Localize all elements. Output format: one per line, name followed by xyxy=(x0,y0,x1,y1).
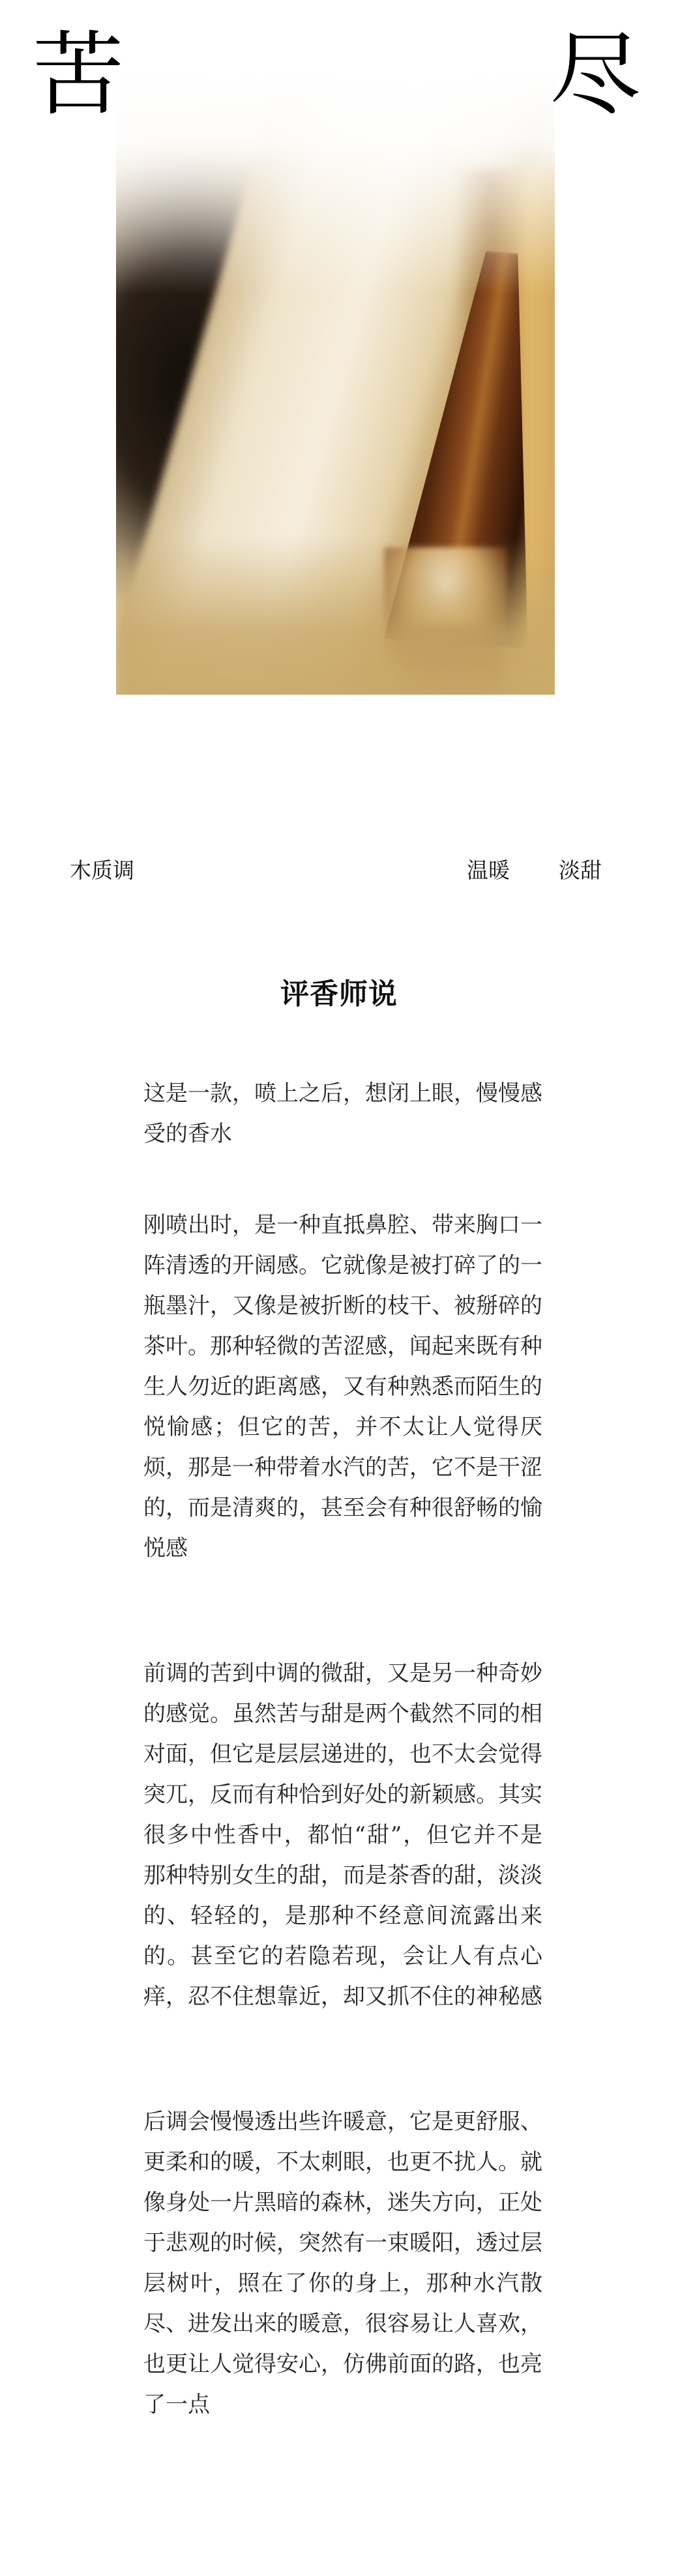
review-body: 这是一款，喷上之后，想闭上眼，慢慢感受的香水 刚喷出时，是一种直抵鼻腔、带来胸口… xyxy=(143,1073,542,2425)
review-paragraph-2: 刚喷出时，是一种直抵鼻腔、带来胸口一阵清透的开阔感。它就像是被打碎了的一瓶墨汁，… xyxy=(143,1205,542,1569)
photo-top-white-fade xyxy=(116,68,555,294)
scent-family-label: 木质调 xyxy=(70,855,134,886)
scent-attributes-row: 木质调 温暖 淡甜 xyxy=(70,855,602,886)
scent-tag-light-sweet: 淡甜 xyxy=(559,855,602,886)
review-paragraph-3: 前调的苦到中调的微甜，又是另一种奇妙的感觉。虽然苦与甜是两个截然不同的相对面，但… xyxy=(143,1653,542,2017)
hero-char-bitter: 苦 xyxy=(33,30,124,121)
review-paragraph-4: 后调会慢慢透出些许暖意，它是更舒服、更柔和的暖，不太刺眼，也更不扰人。就像身处一… xyxy=(143,2102,542,2425)
review-paragraph-1: 这是一款，喷上之后，想闭上眼，慢慢感受的香水 xyxy=(143,1073,542,1154)
hero-char-end: 尽 xyxy=(550,30,641,121)
perfume-photo xyxy=(116,68,555,695)
photo-bottom-glow xyxy=(116,538,555,695)
scent-tags-group: 温暖 淡甜 xyxy=(467,855,602,886)
scent-tag-warm: 温暖 xyxy=(467,855,510,886)
reviewer-says-heading: 评香师说 xyxy=(0,975,678,1014)
